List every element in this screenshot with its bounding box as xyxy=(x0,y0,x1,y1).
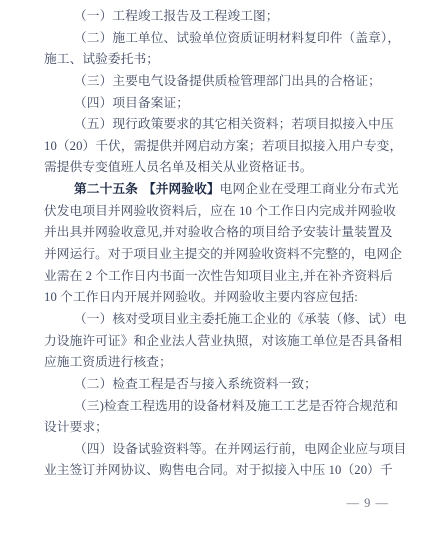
acceptance-item-4: （四）设备试验资料等。在并网运行前，电网企业应与项目 xyxy=(44,439,390,461)
acceptance-item-1-cont1: 力设施许可证》和企业法人营业执照，对该施工单位是否具备相 xyxy=(44,331,390,353)
article-tag: 【并网验收】 xyxy=(143,182,220,196)
acceptance-item-1-cont2: 应施工资质进行核查； xyxy=(44,352,390,374)
document-page: （一）工程竣工报告及工程竣工图； （二）施工单位、试验单位资质证明材料复印件（盖… xyxy=(0,0,431,541)
acceptance-item-2: （二）检查工程是否与接入系统资料一致； xyxy=(44,374,390,396)
text-line-item-5: （五）现行政策要求的其它相关资料；若项目拟接入中压 xyxy=(44,114,390,136)
text-line-item-4: （四）项目备案证； xyxy=(44,93,390,115)
acceptance-item-3: （三)检查工程选用的设备材料及施工工艺是否符合规范和 xyxy=(44,396,390,418)
article-number: 第二十五条 xyxy=(74,182,138,196)
document-body: （一）工程竣工报告及工程竣工图； （二）施工单位、试验单位资质证明材料复印件（盖… xyxy=(44,6,390,482)
page-number: — 9 — xyxy=(347,496,390,510)
article-25-line-2: 伏发电项目并网验收资料后，应在 10 个工作日内完成并网验收 xyxy=(44,201,390,223)
text-line-item-5-cont2: 需提供专变值班人员名单及相关从业资格证书。 xyxy=(44,157,390,179)
article-25-line-4: 并网运行。对于项目业主提交的并网验收资料不完整的，电网企 xyxy=(44,244,390,266)
text-line-item-2-cont: 施工、试验委托书； xyxy=(44,49,390,71)
acceptance-item-1: （一）核对受项目业主委托施工企业的《承装（修、试）电 xyxy=(44,309,390,331)
article-25-line-3: 并出具并网验收意见,并对验收合格的项目给予安装计量装置及 xyxy=(44,222,390,244)
text-line-item-1: （一）工程竣工报告及工程竣工图； xyxy=(44,6,390,28)
article-25-heading-line: 第二十五条【并网验收】电网企业在受理工商业分布式光 xyxy=(44,179,390,201)
text-line-item-2: （二）施工单位、试验单位资质证明材料复印件（盖章）， xyxy=(44,28,390,50)
article-25-line-5: 业需在 2 个工作日内书面一次性告知项目业主,并在补齐资料后 xyxy=(44,266,390,288)
text-line-item-5-cont1: 10（20）千伏，需提供并网启动方案；若项目拟接入用户专变， xyxy=(44,136,390,158)
acceptance-item-4-cont: 业主签订并网协议、购售电合同。对于拟接入中压 10（20）千 xyxy=(44,460,390,482)
article-heading-rest: 电网企业在受理工商业分布式光 xyxy=(220,182,399,196)
article-25-line-6: 10 个工作日内开展并网验收。并网验收主要内容应包括: xyxy=(44,287,390,309)
text-line-item-3: （三）主要电气设备提供质检管理部门出具的合格证； xyxy=(44,71,390,93)
acceptance-item-3-cont: 设计要求； xyxy=(44,417,390,439)
